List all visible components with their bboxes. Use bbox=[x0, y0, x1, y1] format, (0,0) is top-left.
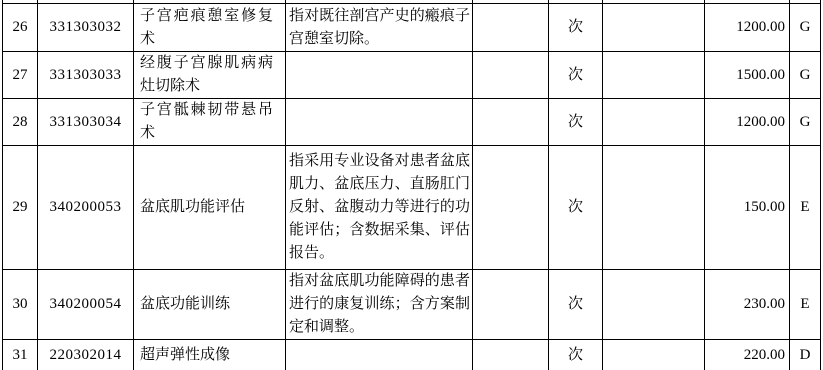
row-number-cell: 31 bbox=[3, 340, 38, 370]
item-description-cell: 指对既往剖宫产史的瘢痕子宫憩室切除。 bbox=[286, 4, 473, 52]
table-row: 30 340200054 盆底功能训练 指对盆底肌功能障碍的患者进行的康复训练；… bbox=[3, 270, 821, 340]
item-name-cell: 子宫骶棘韧带悬吊术 bbox=[134, 99, 286, 146]
item-name-cell: 盆底肌功能评估 bbox=[134, 146, 286, 270]
grade-cell: D bbox=[790, 340, 821, 370]
table-row: 31 220302014 超声弹性成像 次 220.00 D bbox=[3, 340, 821, 370]
grade-cell: E bbox=[790, 146, 821, 270]
item-code-cell: 331303033 bbox=[38, 52, 134, 99]
unit-cell: 次 bbox=[549, 99, 603, 146]
item-code-cell: 340200053 bbox=[38, 146, 134, 270]
row-number-cell: 28 bbox=[3, 99, 38, 146]
empty-cell bbox=[473, 52, 549, 99]
item-code-cell: 220302014 bbox=[38, 340, 134, 370]
item-description-cell bbox=[286, 340, 473, 370]
item-description-cell bbox=[286, 52, 473, 99]
empty-cell bbox=[603, 52, 705, 99]
empty-cell bbox=[473, 146, 549, 270]
empty-cell bbox=[603, 270, 705, 340]
grade-cell: G bbox=[790, 52, 821, 99]
price-cell: 1200.00 bbox=[705, 99, 790, 146]
unit-cell: 次 bbox=[549, 146, 603, 270]
item-description-cell bbox=[286, 99, 473, 146]
row-number-cell: 30 bbox=[3, 270, 38, 340]
empty-cell bbox=[603, 99, 705, 146]
item-code-cell: 340200054 bbox=[38, 270, 134, 340]
grade-cell: E bbox=[790, 270, 821, 340]
table-row: 26 331303032 子宫疤痕憩室修复术 指对既往剖宫产史的瘢痕子宫憩室切除… bbox=[3, 4, 821, 52]
price-cell: 220.00 bbox=[705, 340, 790, 370]
empty-cell bbox=[473, 340, 549, 370]
price-cell: 230.00 bbox=[705, 270, 790, 340]
item-description-cell: 指采用专业设备对患者盆底肌力、盆底压力、直肠肛门反射、盆腹动力等进行的功能评估；… bbox=[286, 146, 473, 270]
empty-cell bbox=[603, 146, 705, 270]
row-number-cell: 27 bbox=[3, 52, 38, 99]
empty-cell bbox=[473, 4, 549, 52]
price-cell: 1500.00 bbox=[705, 52, 790, 99]
unit-cell: 次 bbox=[549, 52, 603, 99]
item-name-cell: 子宫疤痕憩室修复术 bbox=[134, 4, 286, 52]
unit-cell: 次 bbox=[549, 270, 603, 340]
unit-cell: 次 bbox=[549, 4, 603, 52]
item-name-cell: 盆底功能训练 bbox=[134, 270, 286, 340]
item-description-cell: 指对盆底肌功能障碍的患者进行的康复训练；含方案制定和调整。 bbox=[286, 270, 473, 340]
item-name-cell: 经腹子宫腺肌病病灶切除术 bbox=[134, 52, 286, 99]
empty-cell bbox=[603, 4, 705, 52]
item-code-cell: 331303032 bbox=[38, 4, 134, 52]
grade-cell: G bbox=[790, 4, 821, 52]
empty-cell bbox=[603, 340, 705, 370]
grade-cell: G bbox=[790, 99, 821, 146]
price-cell: 1200.00 bbox=[705, 4, 790, 52]
price-list-table: 26 331303032 子宫疤痕憩室修复术 指对既往剖宫产史的瘢痕子宫憩室切除… bbox=[2, 0, 821, 370]
table-row: 29 340200053 盆底肌功能评估 指采用专业设备对患者盆底肌力、盆底压力… bbox=[3, 146, 821, 270]
row-number-cell: 26 bbox=[3, 4, 38, 52]
row-number-cell: 29 bbox=[3, 146, 38, 270]
price-cell: 150.00 bbox=[705, 146, 790, 270]
empty-cell bbox=[473, 270, 549, 340]
table-row: 27 331303033 经腹子宫腺肌病病灶切除术 次 1500.00 G bbox=[3, 52, 821, 99]
empty-cell bbox=[473, 99, 549, 146]
item-code-cell: 331303034 bbox=[38, 99, 134, 146]
item-name-cell: 超声弹性成像 bbox=[134, 340, 286, 370]
unit-cell: 次 bbox=[549, 340, 603, 370]
table-row: 28 331303034 子宫骶棘韧带悬吊术 次 1200.00 G bbox=[3, 99, 821, 146]
